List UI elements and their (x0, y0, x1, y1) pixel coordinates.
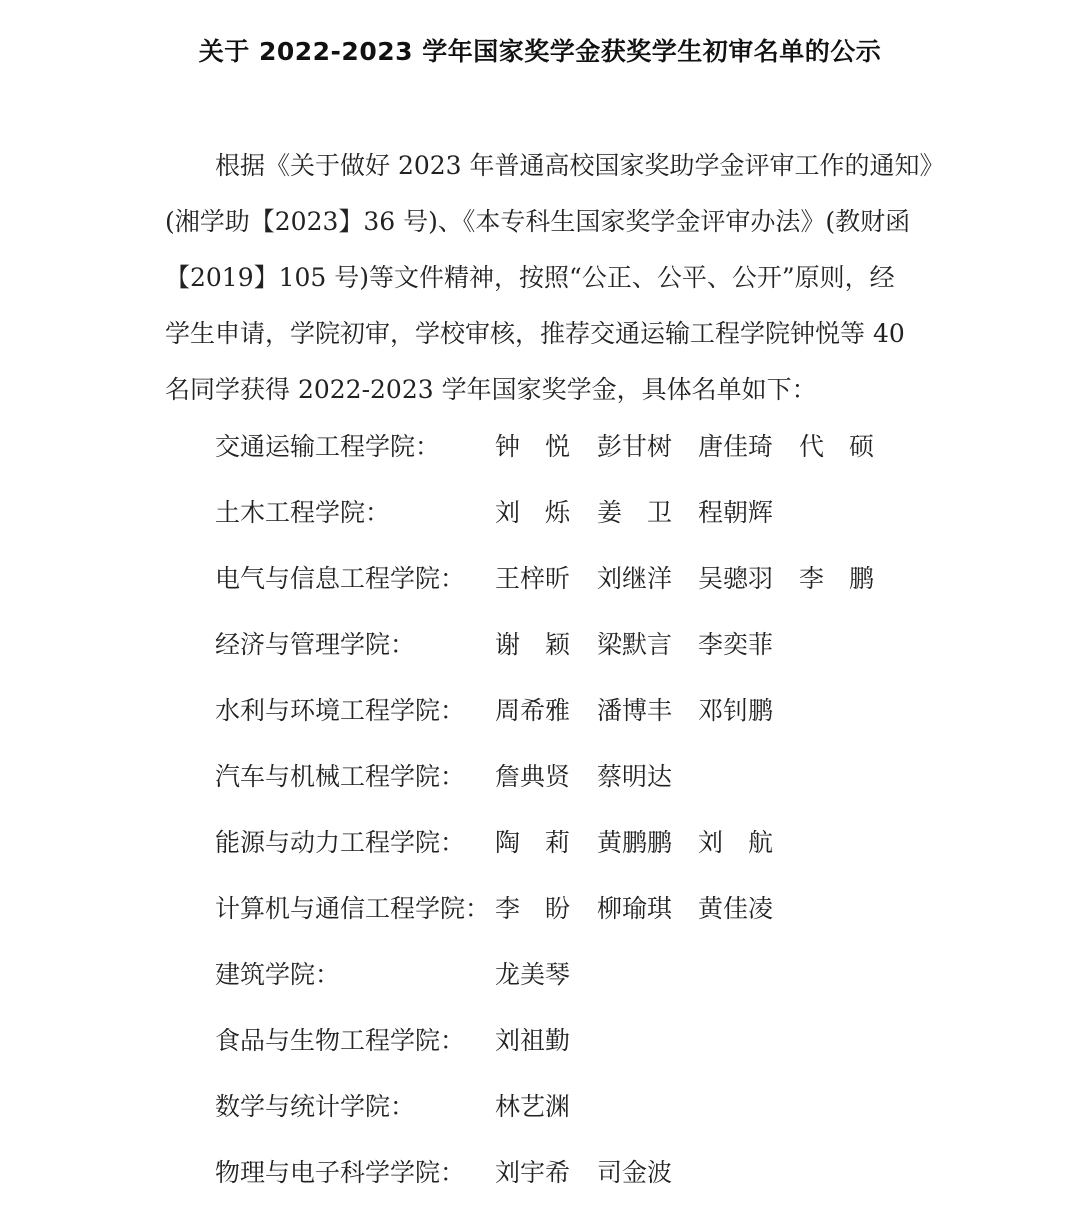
student-name: 龙美琴 (495, 953, 570, 997)
roster-row: 物理与电子科学学院： 刘宇希 司金波 (215, 1151, 915, 1217)
college-name: 经济与管理学院： (215, 623, 415, 667)
student-name: 钟 悦 (495, 425, 570, 469)
college-name: 计算机与通信工程学院： (215, 887, 490, 931)
student-names: 詹典贤 蔡明达 (495, 755, 915, 799)
student-name: 李奕菲 (698, 623, 773, 667)
student-name: 代 硕 (799, 425, 874, 469)
award-roster: 交通运输工程学院： 钟 悦 彭甘树 唐佳琦 代 硕 土木工程学院： 刘 烁 姜 … (215, 425, 915, 1217)
roster-row: 电气与信息工程学院： 王梓昕 刘继洋 吴骢羽 李 鹏 (215, 557, 915, 623)
student-name: 王梓昕 (495, 557, 570, 601)
student-name: 刘宇希 (495, 1151, 570, 1195)
student-name: 詹典贤 (495, 755, 570, 799)
student-name: 谢 颖 (495, 623, 570, 667)
college-name: 土木工程学院： (215, 491, 390, 535)
student-name: 黄佳凌 (698, 887, 773, 931)
student-names: 龙美琴 (495, 953, 915, 997)
student-name: 姜 卫 (597, 491, 672, 535)
student-name: 吴骢羽 (698, 557, 773, 601)
paragraph-line: (湘学助【2023】36 号)、《本专科生国家奖学金评审办法》(教财函 (165, 194, 925, 250)
college-name: 数学与统计学院： (215, 1085, 415, 1129)
student-name: 周希雅 (495, 689, 570, 733)
student-names: 钟 悦 彭甘树 唐佳琦 代 硕 (495, 425, 915, 469)
college-name: 食品与生物工程学院： (215, 1019, 465, 1063)
student-name: 彭甘树 (597, 425, 672, 469)
student-names: 李 盼 柳瑜琪 黄佳凌 (495, 887, 915, 931)
paragraph-line: 名同学获得 2022-2023 学年国家奖学金，具体名单如下： (165, 362, 925, 418)
roster-row: 能源与动力工程学院： 陶 莉 黄鹏鹏 刘 航 (215, 821, 915, 887)
student-name: 柳瑜琪 (597, 887, 672, 931)
student-name: 李 盼 (495, 887, 570, 931)
roster-row: 数学与统计学院： 林艺渊 (215, 1085, 915, 1151)
student-names: 刘祖勤 (495, 1019, 915, 1063)
student-name: 刘继洋 (597, 557, 672, 601)
student-names: 陶 莉 黄鹏鹏 刘 航 (495, 821, 915, 865)
college-name: 能源与动力工程学院： (215, 821, 465, 865)
student-name: 唐佳琦 (698, 425, 773, 469)
student-name: 蔡明达 (597, 755, 672, 799)
college-name: 汽车与机械工程学院： (215, 755, 465, 799)
roster-row: 土木工程学院： 刘 烁 姜 卫 程朝辉 (215, 491, 915, 557)
college-name: 交通运输工程学院： (215, 425, 440, 469)
roster-row: 建筑学院： 龙美琴 (215, 953, 915, 1019)
student-names: 林艺渊 (495, 1085, 915, 1129)
student-name: 司金波 (597, 1151, 672, 1195)
roster-row: 食品与生物工程学院： 刘祖勤 (215, 1019, 915, 1085)
student-name: 林艺渊 (495, 1085, 570, 1129)
student-names: 周希雅 潘博丰 邓钊鹏 (495, 689, 915, 733)
student-name: 邓钊鹏 (698, 689, 773, 733)
student-name: 刘 烁 (495, 491, 570, 535)
roster-row: 经济与管理学院： 谢 颖 梁默言 李奕菲 (215, 623, 915, 689)
student-name: 陶 莉 (495, 821, 570, 865)
student-names: 刘 烁 姜 卫 程朝辉 (495, 491, 915, 535)
intro-paragraph: 根据《关于做好 2023 年普通高校国家奖助学金评审工作的通知》 (湘学助【20… (165, 138, 925, 418)
student-name: 黄鹏鹏 (597, 821, 672, 865)
college-name: 物理与电子科学学院： (215, 1151, 465, 1195)
paragraph-line: 学生申请，学院初审，学校审核，推荐交通运输工程学院钟悦等 40 (165, 306, 925, 362)
college-name: 电气与信息工程学院： (215, 557, 465, 601)
student-names: 王梓昕 刘继洋 吴骢羽 李 鹏 (495, 557, 915, 601)
roster-row: 水利与环境工程学院： 周希雅 潘博丰 邓钊鹏 (215, 689, 915, 755)
student-name: 潘博丰 (597, 689, 672, 733)
student-name: 梁默言 (597, 623, 672, 667)
roster-row: 汽车与机械工程学院： 詹典贤 蔡明达 (215, 755, 915, 821)
document-title: 关于 2022-2023 学年国家奖学金获奖学生初审名单的公示 (0, 32, 1080, 72)
college-name: 水利与环境工程学院： (215, 689, 465, 733)
roster-row: 交通运输工程学院： 钟 悦 彭甘树 唐佳琦 代 硕 (215, 425, 915, 491)
student-names: 谢 颖 梁默言 李奕菲 (495, 623, 915, 667)
student-name: 刘 航 (698, 821, 773, 865)
paragraph-line: 【2019】105 号)等文件精神，按照“公正、公平、公开”原则，经 (165, 250, 925, 306)
roster-row: 计算机与通信工程学院： 李 盼 柳瑜琪 黄佳凌 (215, 887, 915, 953)
paragraph-line: 根据《关于做好 2023 年普通高校国家奖助学金评审工作的通知》 (165, 138, 925, 194)
student-name: 程朝辉 (698, 491, 773, 535)
student-names: 刘宇希 司金波 (495, 1151, 915, 1195)
student-name: 李 鹏 (799, 557, 874, 601)
college-name: 建筑学院： (215, 953, 340, 997)
student-name: 刘祖勤 (495, 1019, 570, 1063)
